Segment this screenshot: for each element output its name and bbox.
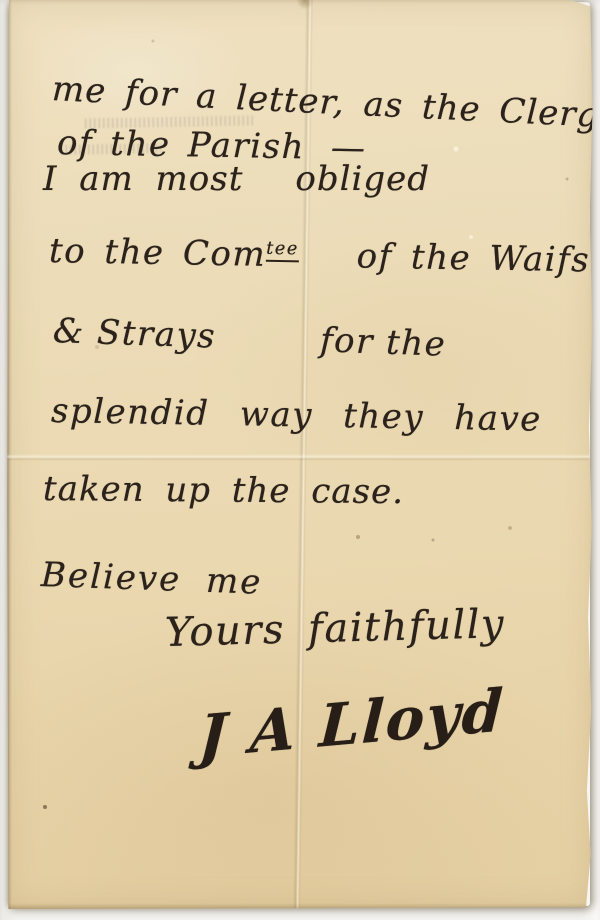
- handwriting-line-3-left: I am most: [43, 159, 243, 199]
- handwriting-line-5-right: for the: [319, 320, 447, 364]
- handwriting-line-9: Yours faithfully: [164, 601, 505, 656]
- handwriting-line-6: splendid way they have: [51, 392, 543, 440]
- horizontal-fold-crease: [7, 454, 593, 461]
- handwriting-line-4-superscript: tee: [266, 238, 299, 262]
- handwriting-line-5: & Straysfor the: [52, 312, 447, 365]
- handwriting-line-3-right: obliged: [295, 159, 430, 199]
- letter-paper: me for a letter, as the Clergyman of the…: [7, 0, 593, 909]
- handwriting-line-4-left: to the Com: [49, 231, 267, 275]
- handwriting-line-3: I am mostobliged: [43, 160, 430, 199]
- handwriting-line-8: Believe me: [40, 556, 263, 603]
- handwriting-line-4-right: of the Waifs: [356, 236, 590, 280]
- foxing-specks: [7, 0, 9, 2]
- scan-background: me for a letter, as the Clergyman of the…: [0, 0, 600, 920]
- handwriting-line-5-left: & Strays: [52, 311, 217, 357]
- signature: J A Lloyd: [197, 677, 506, 771]
- handwriting-line-7: taken up the case.: [43, 470, 404, 512]
- handwriting-line-4: to the Comteeof the Waifs: [49, 232, 591, 281]
